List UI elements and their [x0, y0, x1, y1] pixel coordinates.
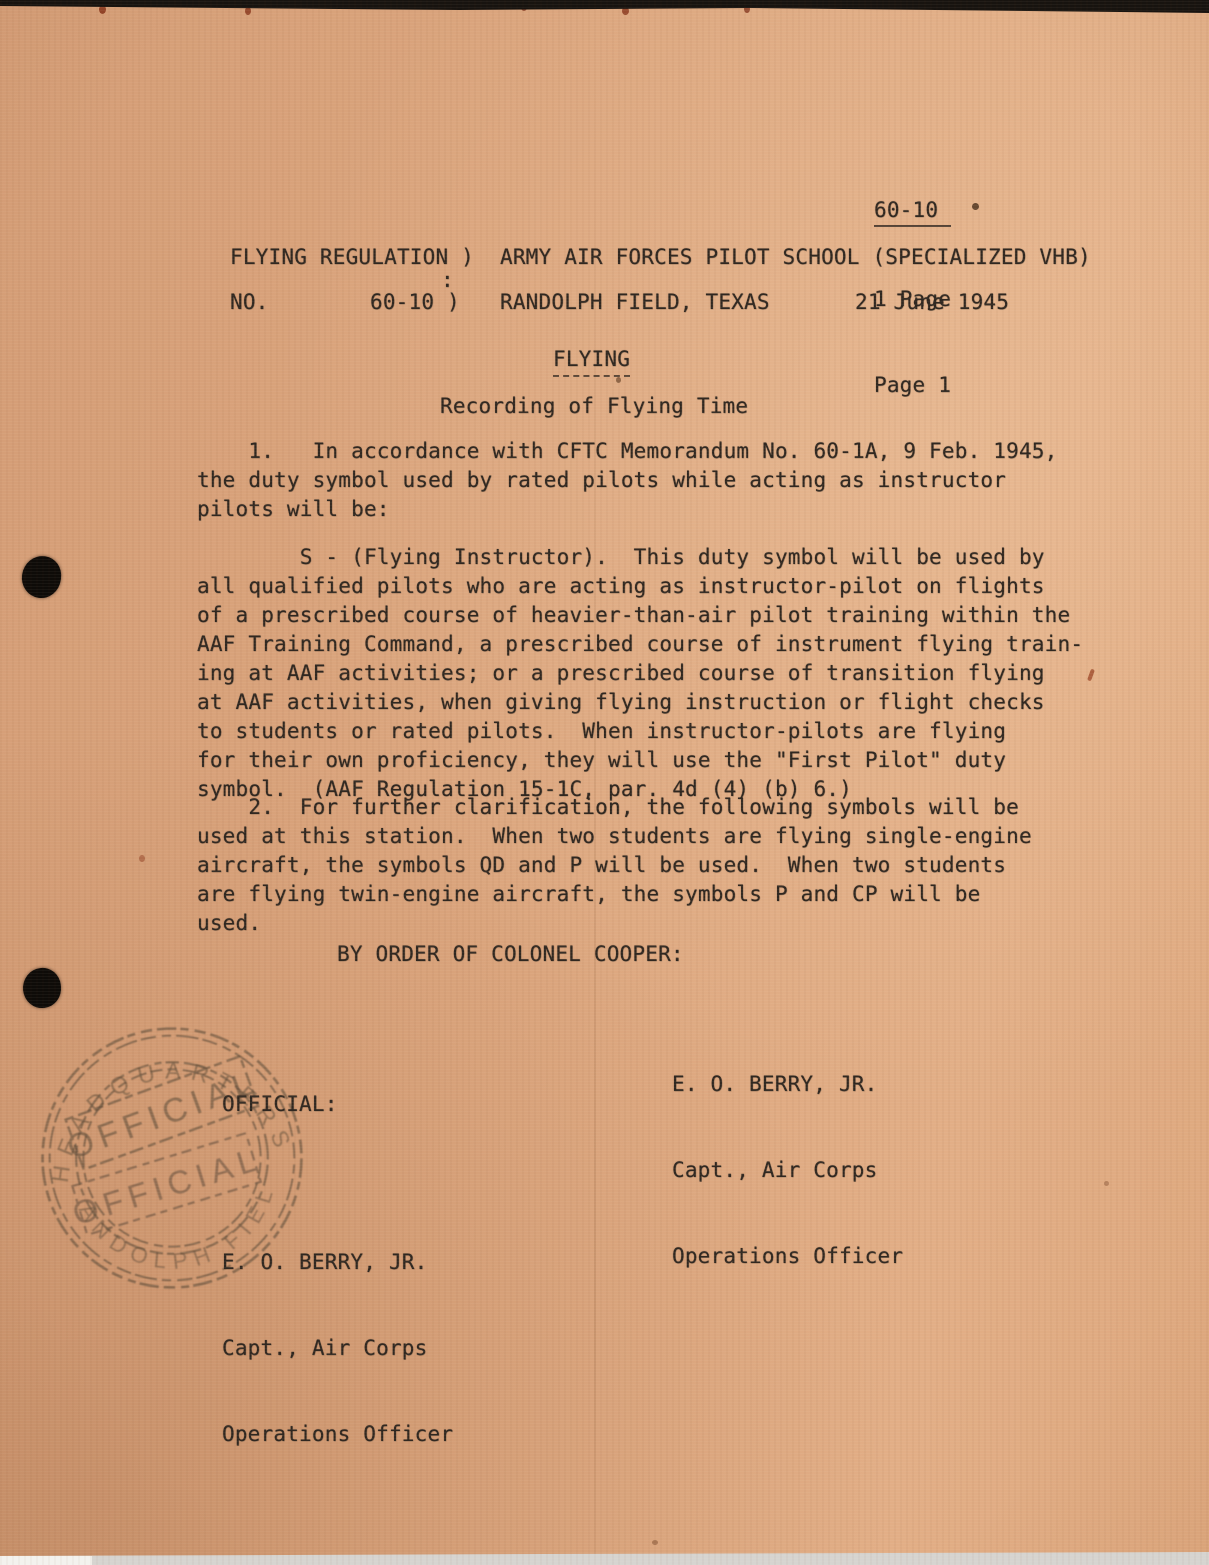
stain-speck: [652, 1540, 658, 1545]
signer-title: Operations Officer: [672, 1242, 903, 1270]
stain-speck: [1104, 1181, 1109, 1186]
regulation-no-label: NO.: [230, 288, 269, 317]
stain-speck: [139, 855, 145, 862]
stain-speck: [616, 377, 621, 383]
doc-subtitle: Recording of Flying Time: [440, 392, 748, 421]
signer-name: E. O. BERRY, JR.: [672, 1070, 903, 1098]
regulation-no-value: 60-10 ): [370, 288, 460, 317]
paragraph-2: S - (Flying Instructor). This duty symbo…: [197, 543, 1083, 804]
doc-page-number: Page 1: [874, 371, 951, 399]
scanner-edge-corner: [0, 1556, 92, 1565]
hole-punch-top: [19, 553, 63, 600]
stain-speck: [972, 203, 979, 210]
doc-number: 60-10: [874, 196, 951, 227]
station-location: RANDOLPH FIELD, TEXAS: [500, 288, 770, 317]
paragraph-3: 2. For further clarification, the follow…: [197, 793, 1032, 938]
doc-title: FLYING: [553, 345, 630, 377]
signer-rank: Capt., Air Corps: [222, 1334, 453, 1362]
doc-title-text: FLYING: [553, 345, 630, 377]
document-scan: 60-10 1 Page Page 1 FLYING REGULATION ) …: [0, 0, 1209, 1565]
regulation-label: FLYING REGULATION ): [230, 243, 474, 272]
stain-speck: [1087, 669, 1095, 682]
scanner-edge-bottom: [0, 1551, 1209, 1565]
official-label: OFFICIAL:: [222, 1090, 338, 1119]
signature-block-right: E. O. BERRY, JR. Capt., Air Corps Operat…: [672, 1012, 903, 1328]
paragraph-1: 1. In accordance with CFTC Memorandum No…: [197, 437, 1058, 524]
doc-date: 21 June 1945: [855, 288, 1009, 317]
scanner-edge-top: [0, 0, 1209, 16]
signer-name: E. O. BERRY, JR.: [222, 1248, 453, 1276]
order-line: BY ORDER OF COLONEL COOPER:: [337, 940, 684, 969]
signer-rank: Capt., Air Corps: [672, 1156, 903, 1184]
signature-block-left: E. O. BERRY, JR. Capt., Air Corps Operat…: [222, 1190, 453, 1506]
hole-punch-bottom: [21, 966, 63, 1010]
signer-title: Operations Officer: [222, 1420, 453, 1448]
stain-speck: [245, 7, 251, 15]
school-name: ARMY AIR FORCES PILOT SCHOOL (SPECIALIZE…: [500, 243, 1091, 272]
